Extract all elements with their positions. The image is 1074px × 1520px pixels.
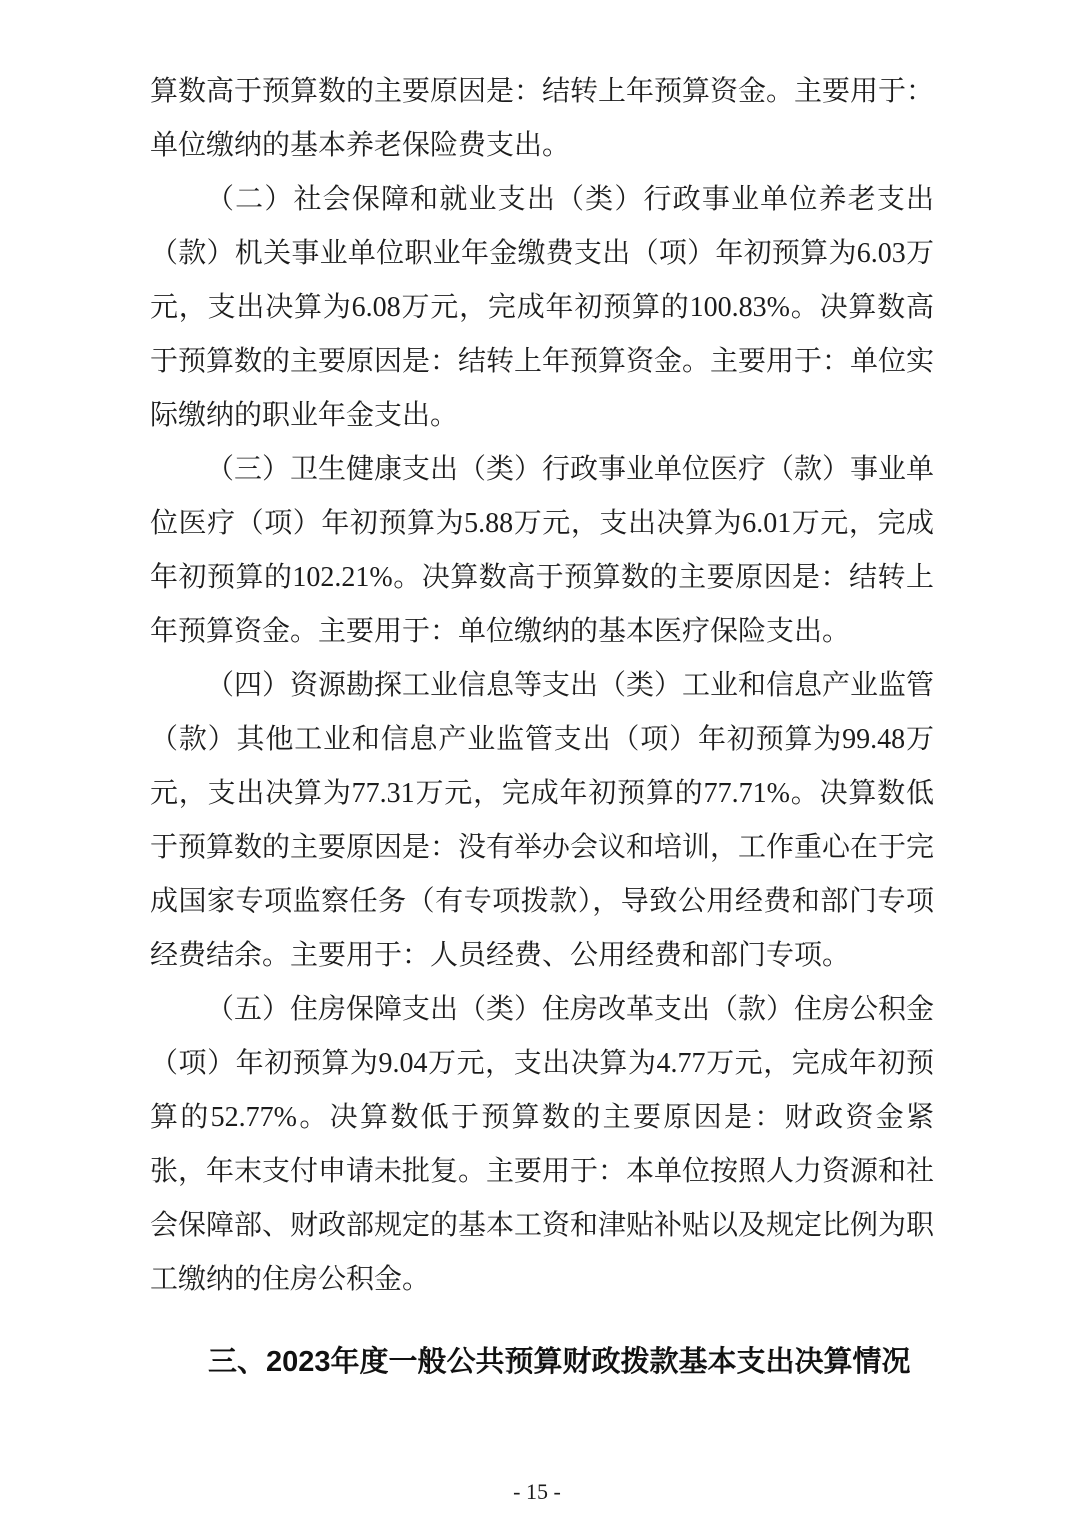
body-paragraphs: 算数高于预算数的主要原因是：结转上年预算资金。主要用于：单位缴纳的基本养老保险费…	[150, 65, 934, 1307]
section-heading: 三、2023年度一般公共预算财政拨款基本支出决算情况	[150, 1335, 934, 1389]
paragraph: 算数高于预算数的主要原因是：结转上年预算资金。主要用于：单位缴纳的基本养老保险费…	[150, 65, 934, 173]
page-number: - 15 -	[0, 1478, 1074, 1506]
document-page: 算数高于预算数的主要原因是：结转上年预算资金。主要用于：单位缴纳的基本养老保险费…	[0, 0, 1074, 1520]
paragraph: （五）住房保障支出（类）住房改革支出（款）住房公积金（项）年初预算为9.04万元…	[150, 983, 934, 1307]
paragraph: （二）社会保障和就业支出（类）行政事业单位养老支出（款）机关事业单位职业年金缴费…	[150, 173, 934, 443]
paragraph: （三）卫生健康支出（类）行政事业单位医疗（款）事业单位医疗（项）年初预算为5.8…	[150, 443, 934, 659]
paragraph: （四）资源勘探工业信息等支出（类）工业和信息产业监管（款）其他工业和信息产业监管…	[150, 659, 934, 983]
